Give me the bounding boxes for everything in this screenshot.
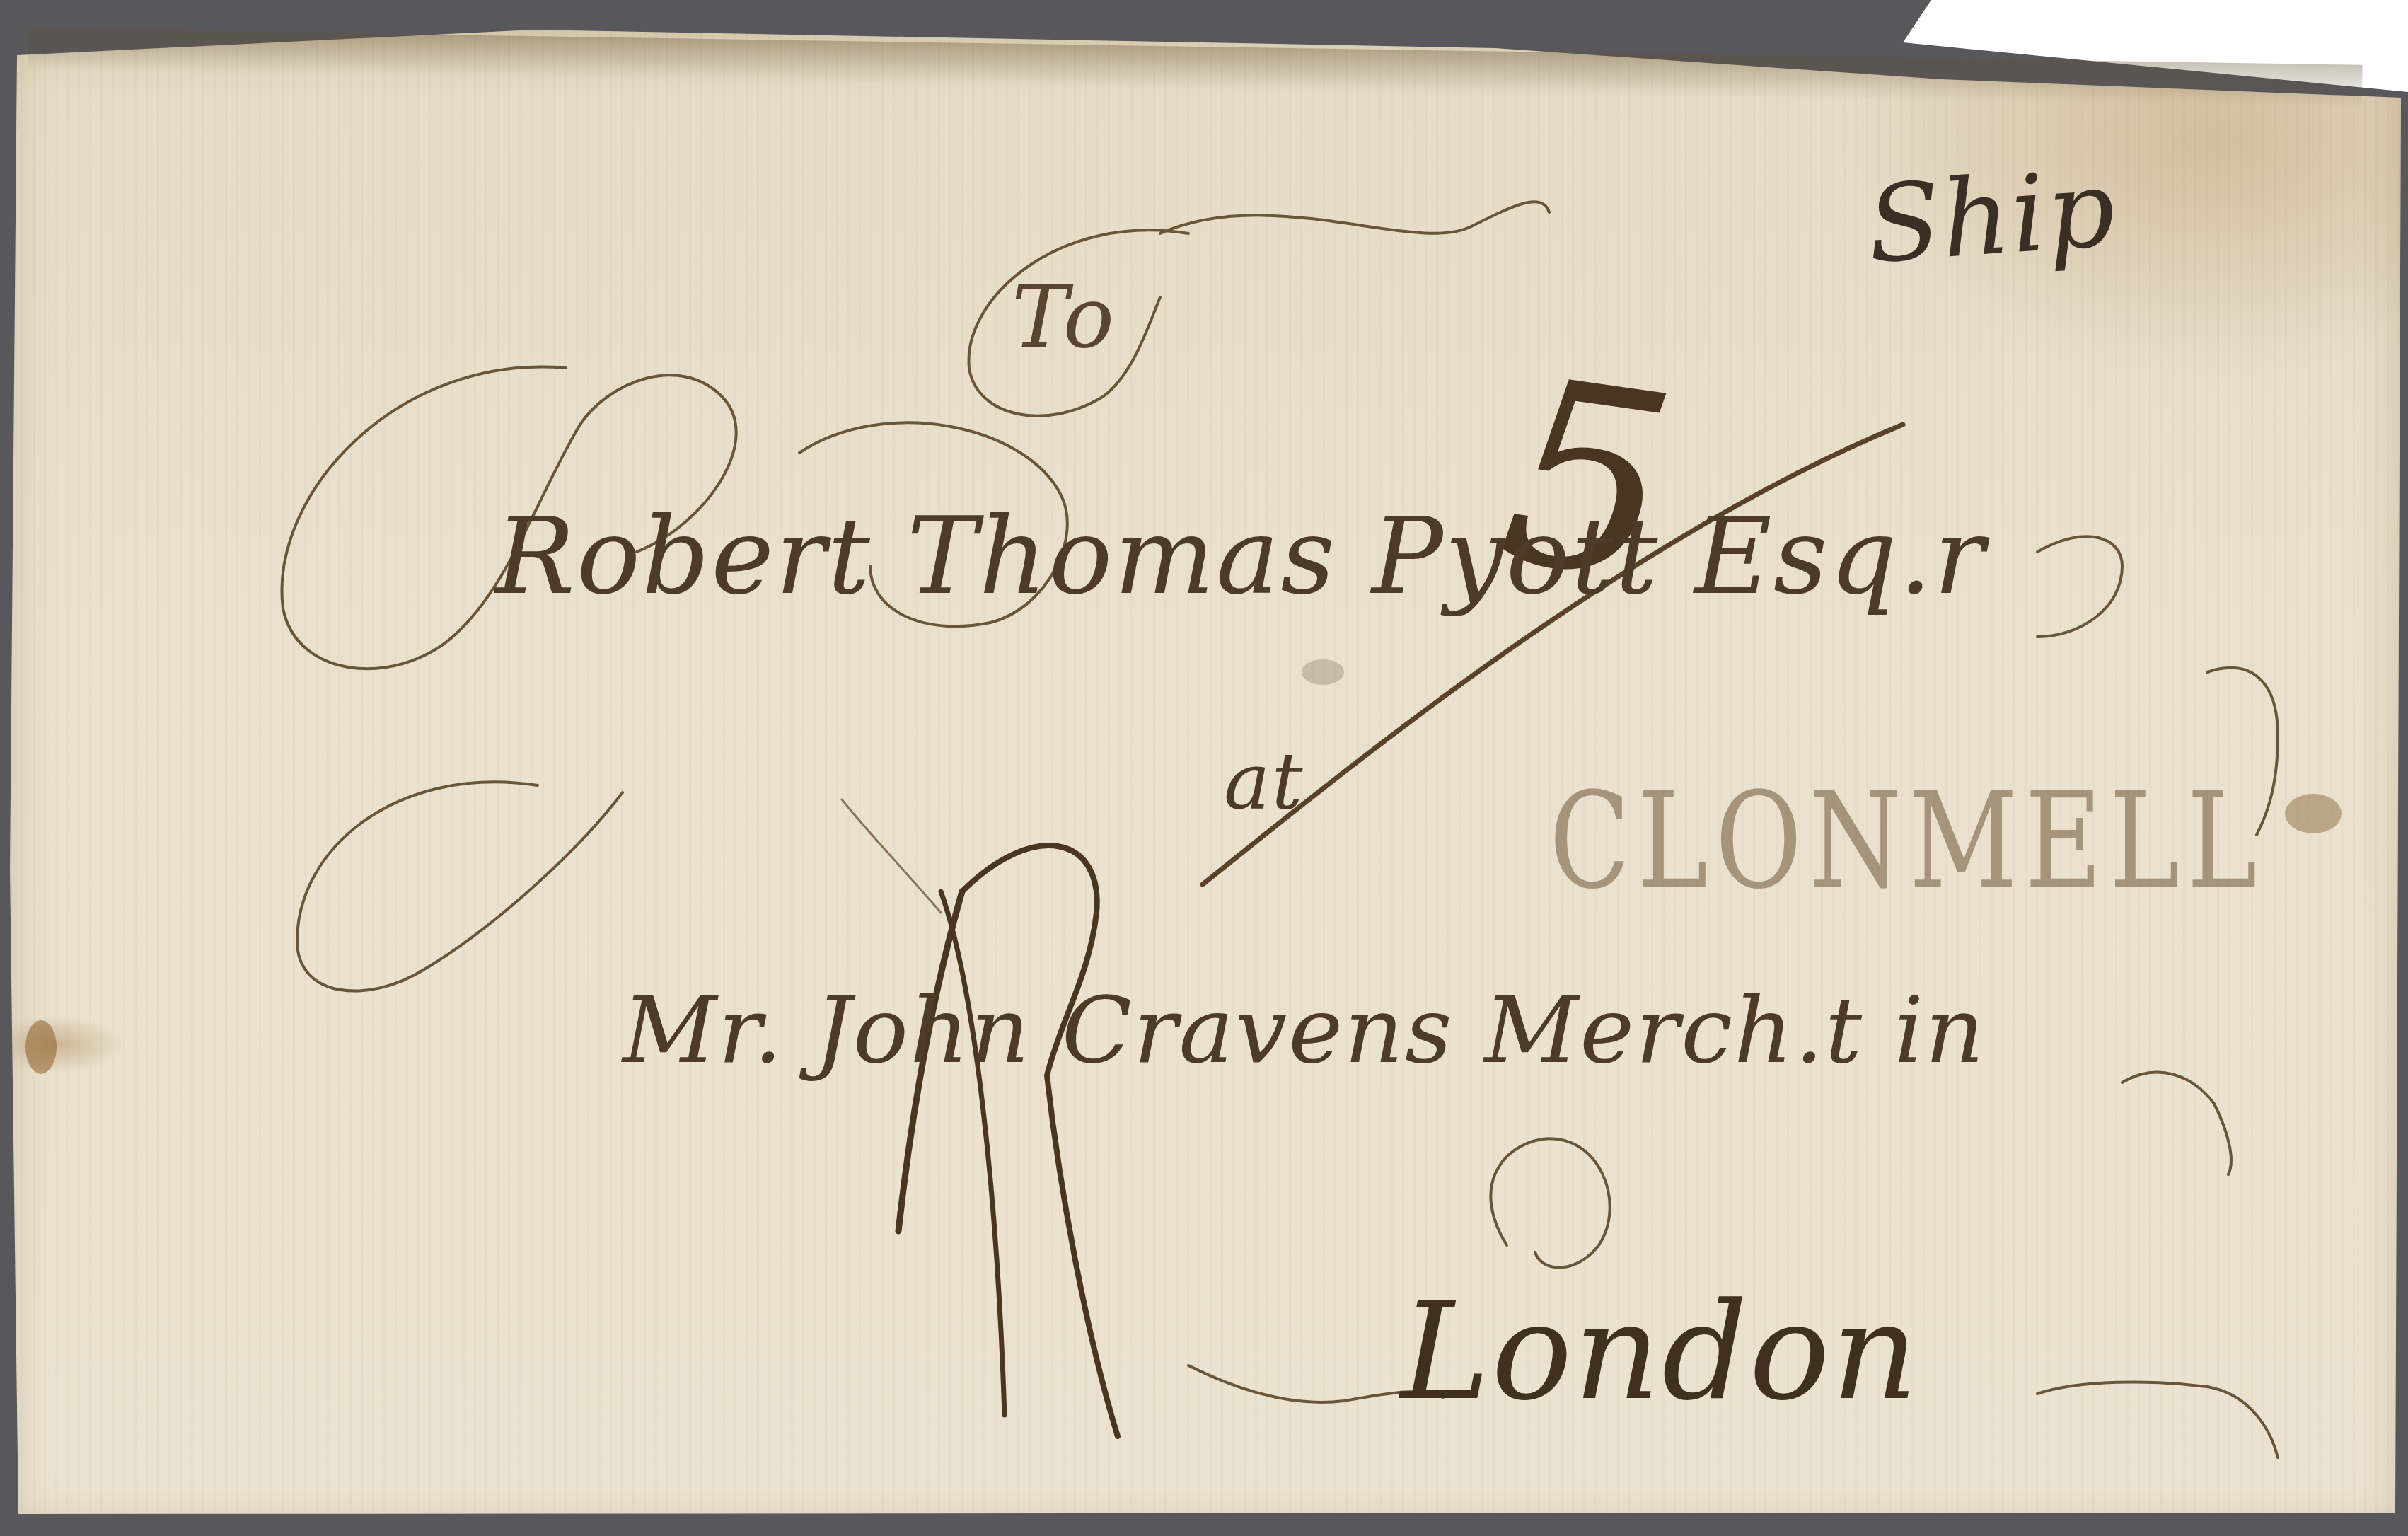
routing-mark-ship: Ship <box>1863 147 2120 287</box>
salutation: To <box>1012 269 1116 367</box>
addressee-name: Robert Thomas Pyott Esq.r <box>495 495 1986 618</box>
destination-city: London <box>1401 1274 1919 1430</box>
care-of-line: Mr. John Cravens Merch.t in <box>623 976 1986 1084</box>
town-handstamp: CLONMELL <box>1549 764 2264 918</box>
address-preposition: at <box>1224 736 1304 826</box>
